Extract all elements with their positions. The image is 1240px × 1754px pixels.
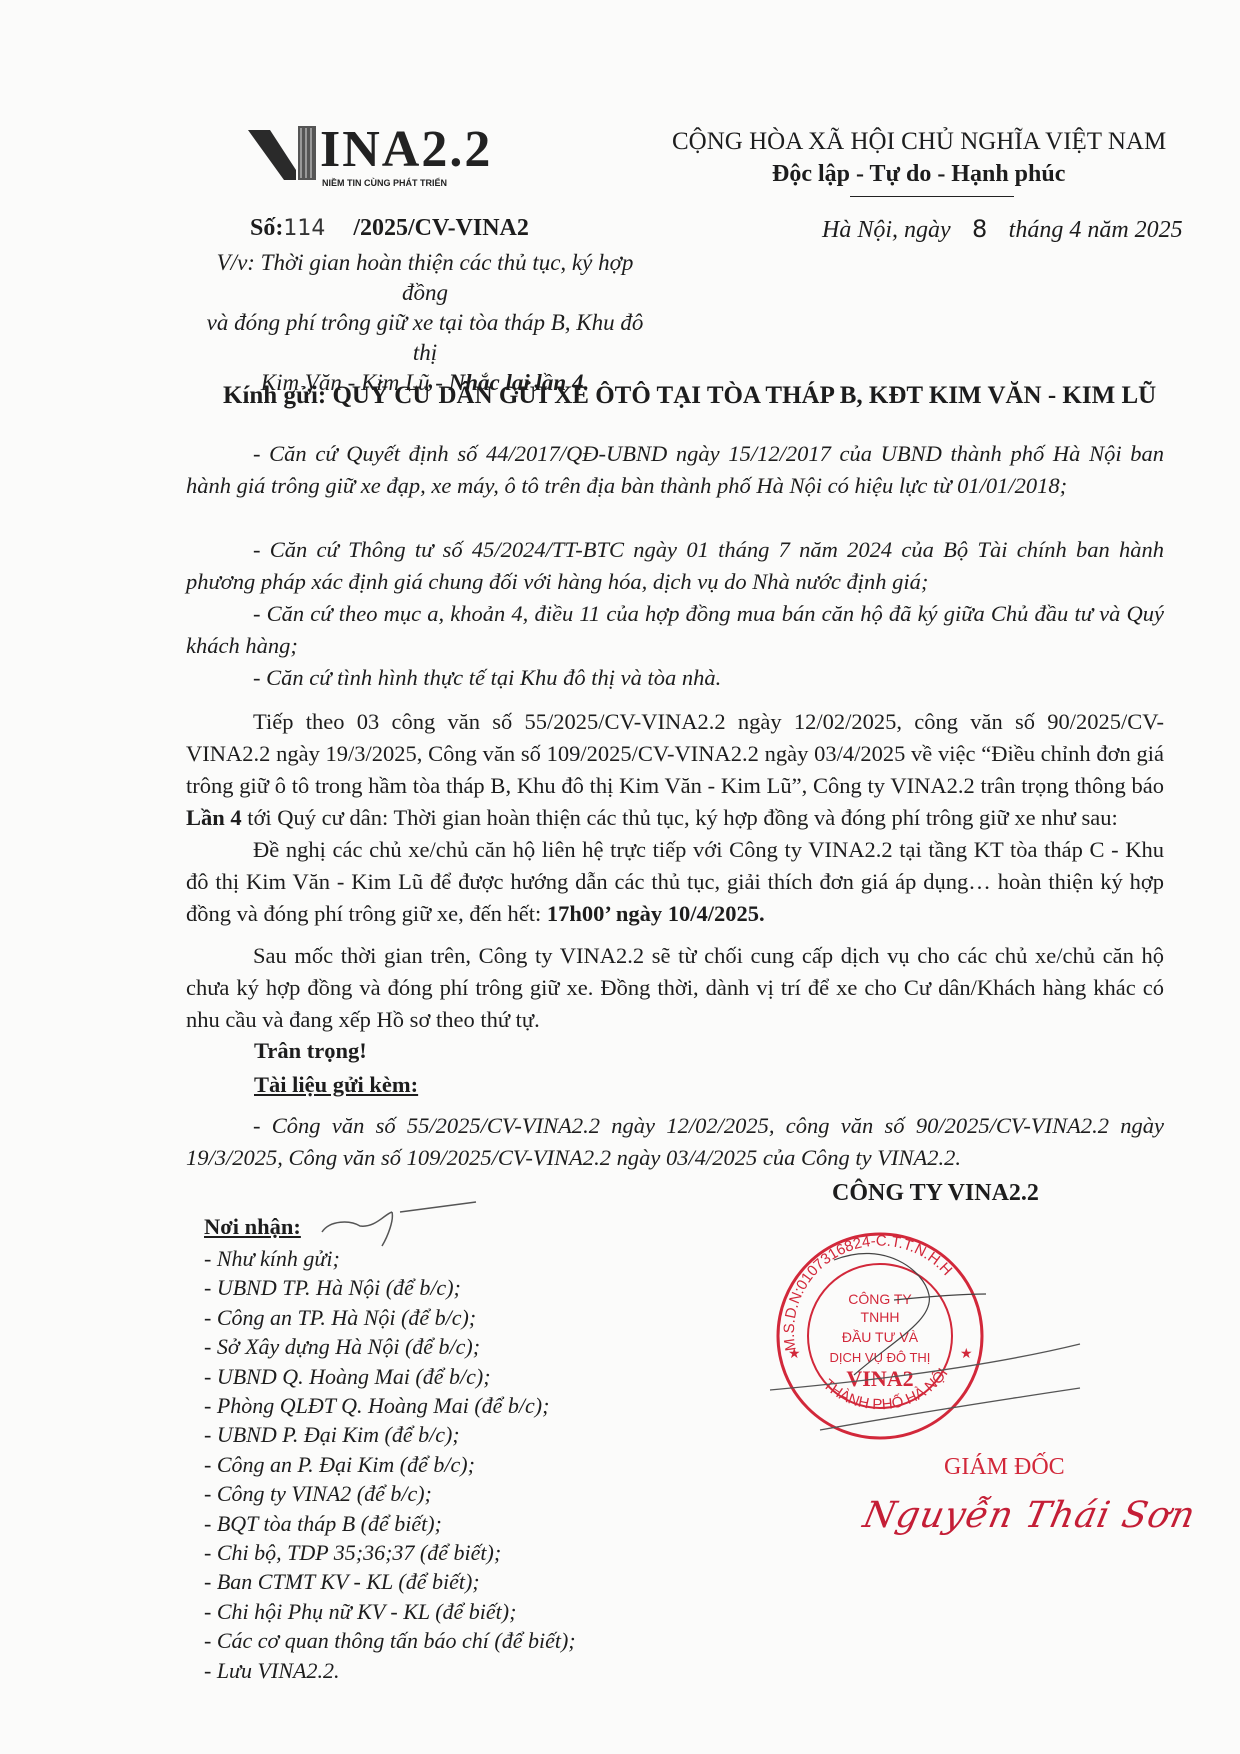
legal-basis-3: - Căn cứ theo mục a, khoản 4, điều 11 củ… <box>186 598 1164 662</box>
regards: Trân trọng! <box>254 1038 367 1064</box>
signature-stroke-icon <box>760 1330 1090 1440</box>
initials-scribble-icon <box>300 1190 480 1260</box>
so-suffix: /2025/CV-VINA2 <box>353 215 529 241</box>
handwritten-day: 8 <box>957 215 1003 243</box>
recipient-item: - Ban CTMT KV - KL (để biết); <box>204 1567 576 1596</box>
company-name: CÔNG TY VINA2.2 <box>832 1180 1039 1207</box>
recipient-item: - Công ty VINA2 (để b/c); <box>204 1479 576 1508</box>
legal-basis-2: - Căn cứ Thông tư số 45/2024/TT-BTC ngày… <box>186 534 1164 598</box>
attachments-text: - Công văn số 55/2025/CV-VINA2.2 ngày 12… <box>186 1110 1164 1174</box>
recipient-item: - Lưu VINA2.2. <box>204 1656 576 1685</box>
national-title: CỘNG HÒA XÃ HỘI CHỦ NGHĨA VIỆT NAM <box>672 128 1166 156</box>
body-paragraph-2: Đề nghị các chủ xe/chủ căn hộ liên hệ tr… <box>186 834 1164 930</box>
document-number: Số:114/2025/CV-VINA2 <box>250 215 529 242</box>
recipient-item: - Các cơ quan thông tấn báo chí (để biết… <box>204 1626 576 1655</box>
national-motto: Độc lập - Tự do - Hạnh phúc <box>772 161 1065 188</box>
recipient-item: - BQT tòa tháp B (để biết); <box>204 1509 576 1538</box>
place-date: Hà Nội, ngày 8 tháng 4 năm 2025 <box>822 215 1183 244</box>
recipient-item: - UBND Q. Hoàng Mai (để b/c); <box>204 1362 576 1391</box>
legal-basis-1: - Căn cứ Quyết định số 44/2017/QĐ-UBND n… <box>186 438 1164 502</box>
recipients-list: - Như kính gửi; - UBND TP. Hà Nội (để b/… <box>204 1244 576 1685</box>
logo-tagline: NIỀM TIN CÙNG PHÁT TRIỂN <box>322 178 447 188</box>
body-paragraph-1: Tiếp theo 03 công văn số 55/2025/CV-VINA… <box>186 706 1164 834</box>
so-label: Số: <box>250 215 283 241</box>
recipients-title: Nơi nhận: <box>204 1214 301 1240</box>
legal-basis-4: - Căn cứ tình hình thực tế tại Khu đô th… <box>186 662 1164 694</box>
body-paragraph-3: Sau mốc thời gian trên, Công ty VINA2.2 … <box>186 940 1164 1036</box>
subject: V/v: Thời gian hoàn thiện các thủ tục, k… <box>205 248 645 398</box>
svg-text:TNHH: TNHH <box>861 1309 900 1325</box>
subject-line-2: và đóng phí trông giữ xe tại tòa tháp B,… <box>205 308 645 368</box>
recipient-item: - Phòng QLĐT Q. Hoàng Mai (để b/c); <box>204 1391 576 1420</box>
logo-v-icon <box>248 126 318 180</box>
handwritten-number: 114 <box>283 216 353 241</box>
logo-text: INA2.2 <box>320 120 492 180</box>
director-name: Nguyễn Thái Sơn <box>860 1495 1200 1536</box>
company-logo: INA2.2 NIỀM TIN CÙNG PHÁT TRIỂN <box>248 120 478 192</box>
motto-underline <box>850 196 1014 197</box>
recipient-item: - Công an P. Đại Kim (để b/c); <box>204 1450 576 1479</box>
subject-line-1: V/v: Thời gian hoàn thiện các thủ tục, k… <box>205 248 645 308</box>
addressee: Kính gửi: QUÝ CƯ DÂN GỬI XE ÔTÔ TẠI TÒA … <box>223 382 1173 410</box>
recipient-item: - Chi bộ, TDP 35;36;37 (để biết); <box>204 1538 576 1567</box>
recipient-item: - UBND TP. Hà Nội (để b/c); <box>204 1273 576 1302</box>
recipient-item: - Sở Xây dựng Hà Nội (để b/c); <box>204 1332 576 1361</box>
recipient-item: - Chi hội Phụ nữ KV - KL (để biết); <box>204 1597 576 1626</box>
recipient-item: - Công an TP. Hà Nội (để b/c); <box>204 1303 576 1332</box>
attachments-title: Tài liệu gửi kèm: <box>254 1072 418 1098</box>
director-title: GIÁM ĐỐC <box>944 1454 1065 1481</box>
recipient-item: - UBND P. Đại Kim (để b/c); <box>204 1420 576 1449</box>
